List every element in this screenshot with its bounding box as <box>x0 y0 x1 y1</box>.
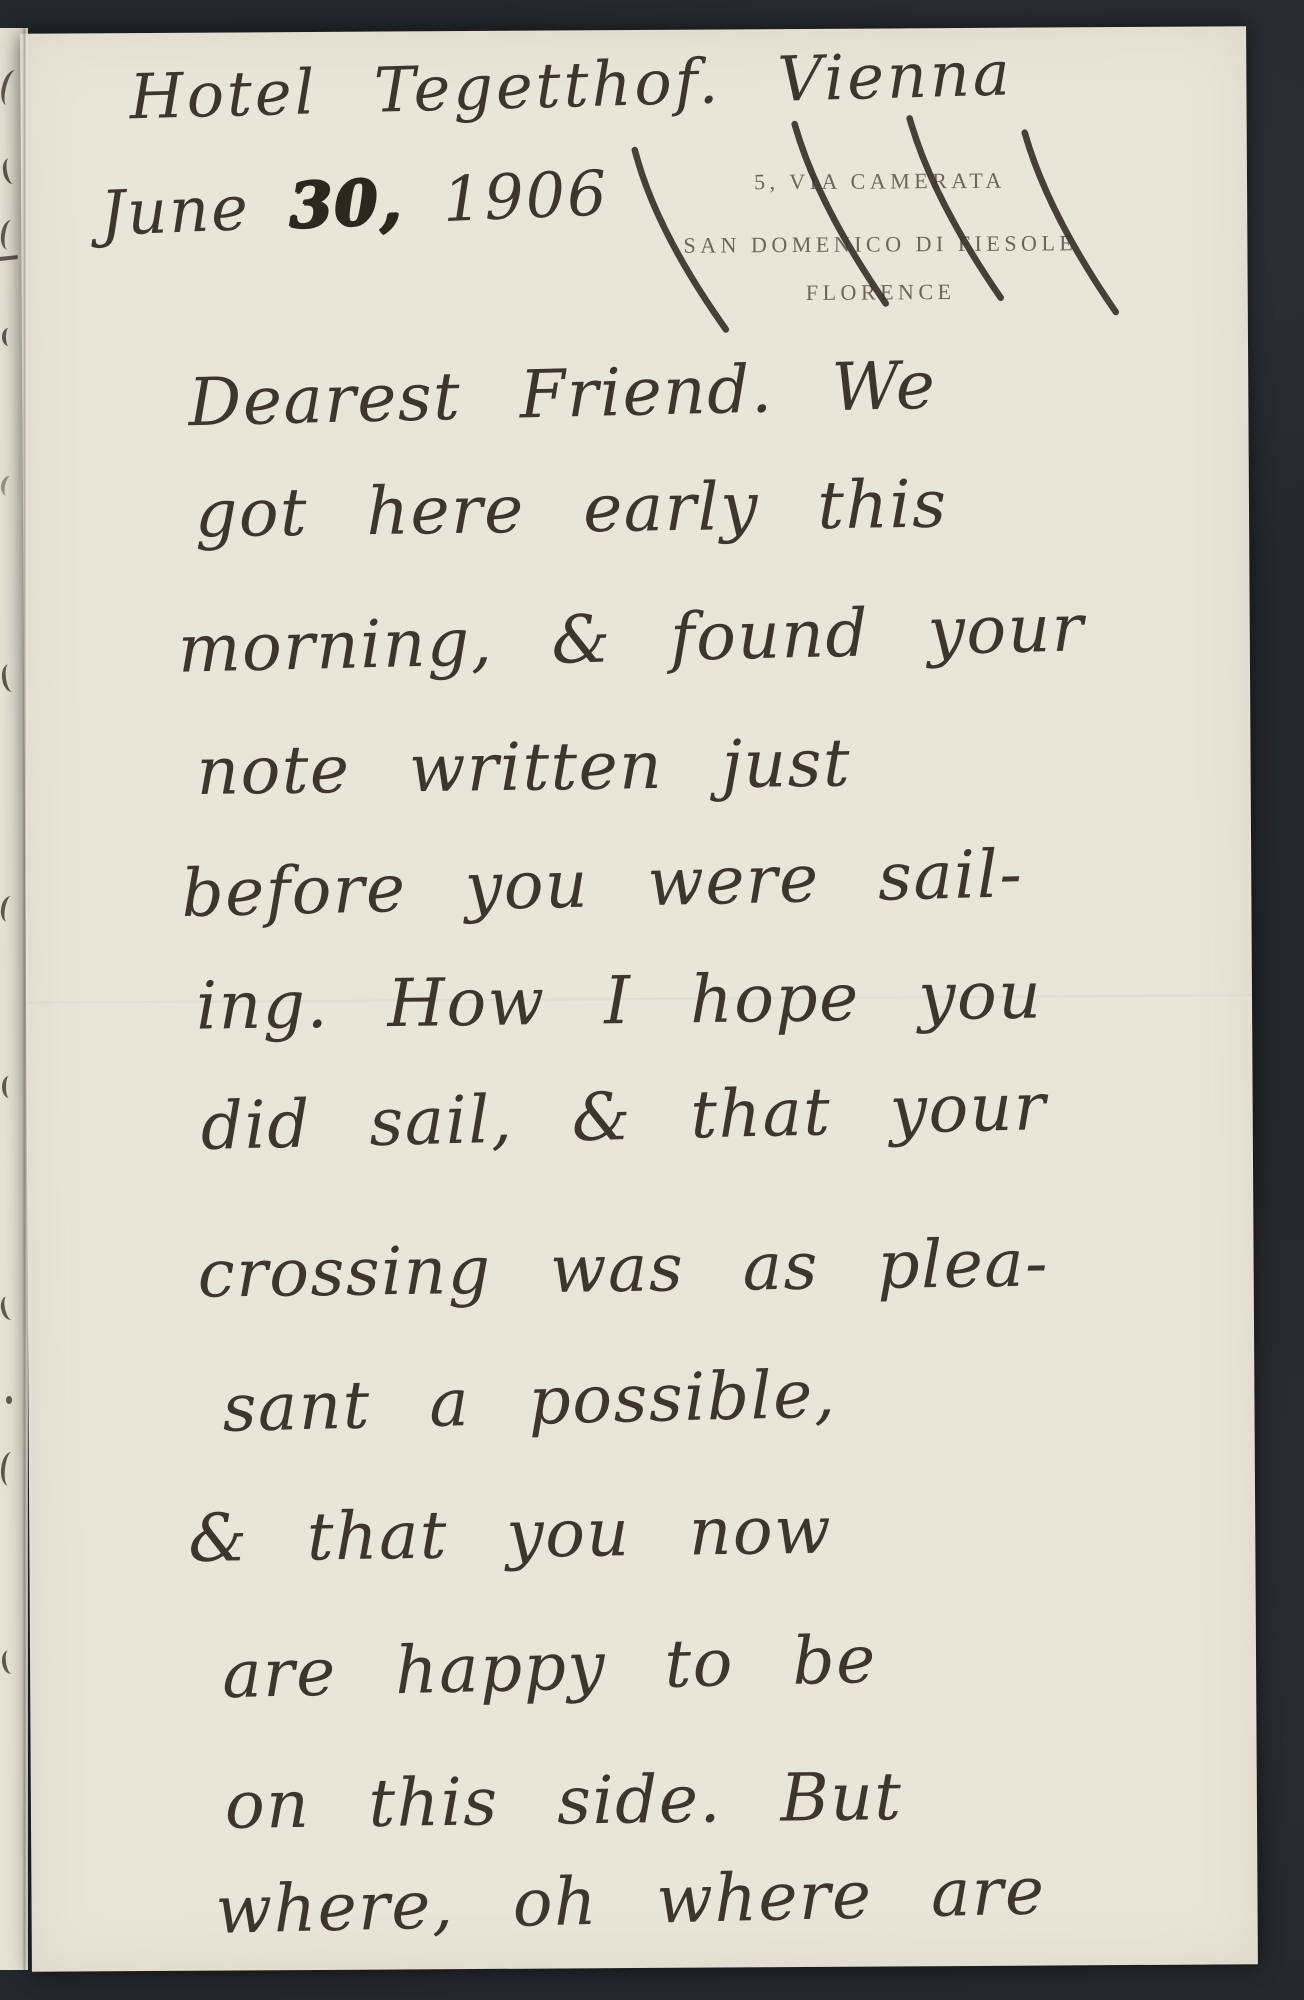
adjacent-page-ink-fragment <box>0 475 18 498</box>
body-line: are happy to be <box>221 1621 877 1713</box>
adjacent-page-ink-fragment <box>0 1649 19 1675</box>
body-line: on this side. But <box>224 1758 902 1844</box>
page-fold-crease <box>22 28 28 1970</box>
adjacent-page-ink-fragment <box>0 1295 19 1322</box>
adjacent-page-ink-fragment <box>2 328 15 346</box>
adjacent-page-ink-fragment <box>0 1451 21 1487</box>
body-line: Dearest Friend. We <box>187 347 937 442</box>
adjacent-page-ink-fragment <box>0 255 18 265</box>
adjacent-page-ink-fragment <box>0 219 20 251</box>
body-line: got here early this <box>195 465 948 552</box>
body-line: note written just <box>196 724 851 810</box>
adjacent-page-ink-fragment <box>1 157 21 185</box>
handwritten-date-line: June 30, 1906 <box>99 156 610 250</box>
body-line: before you were sail- <box>181 835 1025 932</box>
body-line: morning, & found your <box>177 589 1085 687</box>
adjacent-page-ink-fragment <box>6 1396 12 1404</box>
date-month: June <box>99 171 251 250</box>
letterhead-strikethrough-marks <box>555 97 1177 371</box>
adjacent-page-ink-fragment <box>0 895 19 923</box>
letter-scan: 5, VIA CAMERATA SAN DOMENICO DI FIESOLE … <box>0 0 1304 2000</box>
body-line: ing. How I hope you <box>196 957 1043 1045</box>
letter-page: 5, VIA CAMERATA SAN DOMENICO DI FIESOLE … <box>20 26 1258 1971</box>
body-line: crossing was as plea- <box>197 1225 1049 1313</box>
date-year: 1906 <box>441 156 610 236</box>
body-line: where, oh where are <box>215 1852 1047 1949</box>
adjacent-page-ink-fragment <box>2 1076 16 1098</box>
date-day-overwritten: 30, <box>288 165 405 243</box>
adjacent-page-ink-fragment <box>0 663 21 693</box>
body-line: sant a possible, <box>222 1355 837 1446</box>
body-line: did sail, & that your <box>200 1068 1048 1165</box>
body-line: & that you now <box>188 1492 833 1577</box>
